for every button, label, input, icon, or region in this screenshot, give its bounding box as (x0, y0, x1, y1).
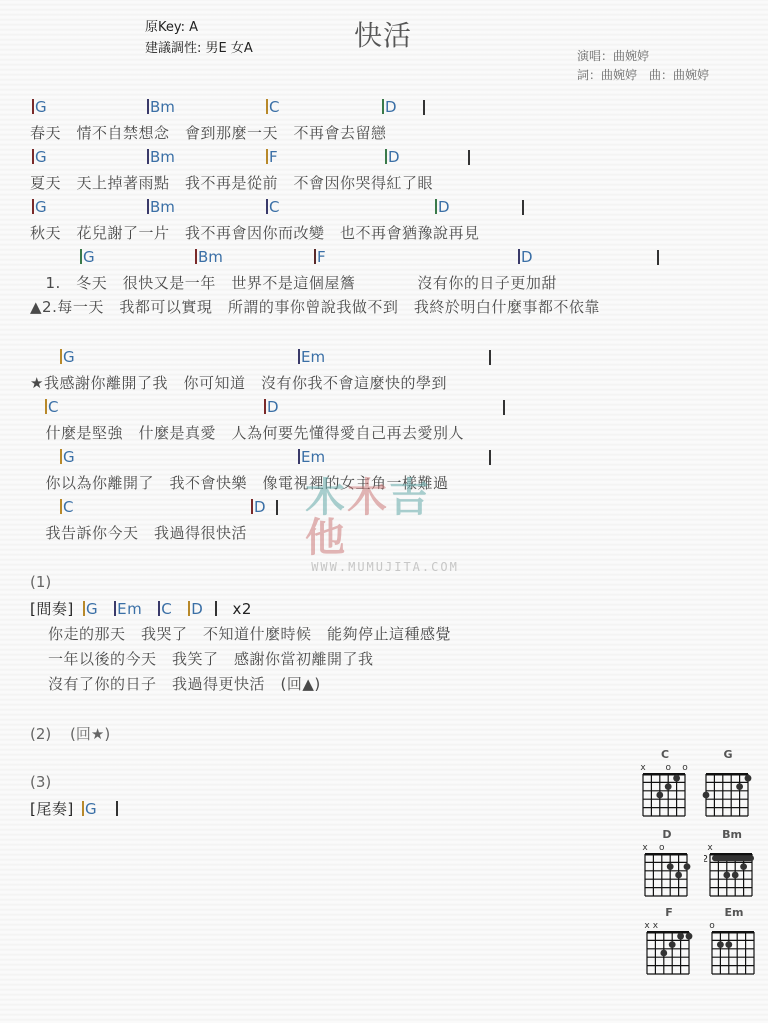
chord-name: Em (301, 448, 325, 466)
outro-chord: G (85, 800, 97, 818)
chord-name: C (269, 98, 279, 116)
watermark-char: 他 (305, 515, 347, 561)
svg-text:x: x (653, 921, 659, 931)
svg-text:2: 2 (704, 854, 708, 865)
lyric-line: 夏天 天上掉著雨點 我不再是從前 不會因你哭得紅了眼 (30, 172, 433, 193)
bar-line (503, 400, 505, 415)
chord-name: D (388, 148, 400, 166)
svg-text:x: x (642, 843, 648, 853)
chord-name: Em (301, 348, 325, 366)
chord-name: D (438, 198, 450, 216)
chord-diagram-c: Cxoo (637, 748, 693, 818)
lyric-line: ★我感謝你離開了我 你可知道 沒有你我不會這麼快的學到 (30, 372, 447, 393)
fretboard-grid: xx (641, 918, 697, 978)
chord-Em: Em (117, 600, 142, 618)
chord-name: C (48, 398, 58, 416)
chord-name: G (63, 348, 75, 366)
fretboard-grid (700, 760, 756, 820)
lyric-line: 你走的那天 我哭了 不知道什麼時候 能夠停止這種感覺 (48, 623, 451, 644)
bar-line (188, 601, 190, 616)
chord-G: G (32, 148, 47, 166)
bar-line (522, 200, 524, 215)
chord-name: Bm (150, 198, 175, 216)
bar-line (489, 450, 491, 465)
chord-line: GEm (0, 348, 768, 368)
chord-name: G (35, 198, 47, 216)
bar-line (60, 349, 62, 364)
bar-line (314, 249, 316, 264)
watermark: 木木吉他 WWW.MUMUJITA.COM (305, 478, 465, 538)
svg-text:x: x (707, 843, 713, 853)
chord-D: D (191, 600, 203, 618)
bar-line (147, 199, 149, 214)
song-title: 快活 (354, 14, 412, 54)
lyric-line: 沒有了你的日子 我過得更快活 (回▲) (48, 673, 321, 694)
chord-name: G (63, 448, 75, 466)
outro-label: [尾奏] (30, 800, 74, 818)
bar-line (195, 249, 197, 264)
lyric-line: 秋天 花兒謝了一片 我不再會因你而改變 也不再會猶豫說再見 (30, 222, 480, 243)
chord-line: GBmFD (0, 248, 768, 268)
chord-diagram-bm: Bmx2 (704, 828, 760, 898)
bar-line (215, 601, 217, 616)
bar-line (489, 350, 491, 365)
bar-line (32, 149, 34, 164)
lyric-line: ▲2.每一天 我都可以實現 所謂的事你曾說我做不到 我終於明白什麼事都不依靠 (30, 296, 600, 317)
chord-name: D (521, 248, 533, 266)
bar-line (298, 449, 300, 464)
chord-Em: Em (298, 348, 325, 366)
bar-line (276, 500, 278, 515)
fretboard-grid: xo (639, 840, 695, 900)
chord-name: F (317, 248, 326, 266)
chord-name: D (267, 398, 279, 416)
chord-G: G (60, 448, 75, 466)
chord-C: C (45, 398, 58, 416)
chord-F: F (266, 148, 278, 166)
bar-line (32, 199, 34, 214)
suggested-key: 建議調性: 男E 女A (145, 37, 253, 56)
singer-credit: 演唱：曲婉婷 (577, 47, 649, 64)
outro-row: [尾奏] G (30, 798, 119, 819)
bar-line (423, 100, 425, 115)
chord-D: D (382, 98, 397, 116)
chord-name: D (385, 98, 397, 116)
chord-F: F (314, 248, 326, 266)
chord-name: Bm (150, 98, 175, 116)
bar-line (116, 801, 118, 816)
bar-line (657, 250, 659, 265)
bar-line (45, 399, 47, 414)
fretboard-grid: xoo (637, 760, 693, 820)
chord-name: C (63, 498, 73, 516)
svg-text:o: o (709, 921, 715, 931)
chord-Bm: Bm (147, 198, 175, 216)
chord-C: C (60, 498, 73, 516)
chord-Bm: Bm (147, 98, 175, 116)
chord-D: D (518, 248, 533, 266)
chord-Em: Em (298, 448, 325, 466)
repeat-count: x2 (233, 600, 252, 618)
bar-line (382, 99, 384, 114)
writer-credit: 詞：曲婉婷 曲：曲婉婷 (577, 66, 709, 83)
part3-label: (3) (30, 773, 51, 791)
svg-text:x: x (644, 921, 650, 931)
chord-line: GBmFD (0, 148, 768, 168)
bar-line (83, 601, 85, 616)
chord-name: G (35, 98, 47, 116)
part1-label: (1) (30, 573, 51, 591)
bar-line (32, 99, 34, 114)
bar-line (147, 149, 149, 164)
chord-G: G (32, 98, 47, 116)
bar-line (266, 99, 268, 114)
bar-line (114, 601, 116, 616)
chord-G: G (80, 248, 95, 266)
bar-line (264, 399, 266, 414)
svg-text:o: o (665, 763, 671, 773)
bar-line (266, 149, 268, 164)
bar-line (518, 249, 520, 264)
interlude-row: [間奏] GEmCD x2 (30, 598, 252, 619)
chord-name: C (269, 198, 279, 216)
bar-line (80, 249, 82, 264)
chord-D: D (435, 198, 450, 216)
chord-name: G (83, 248, 95, 266)
fretboard-grid: x2 (704, 840, 760, 900)
interlude-label: [間奏] (30, 600, 74, 618)
watermark-logo: 木木吉他 (305, 478, 465, 558)
lyric-line: 我告訴你今天 我過得很快活 (30, 522, 247, 543)
part2-label: (2) (30, 725, 51, 743)
lyric-line: 什麼是堅強 什麼是真愛 人為何要先懂得愛自己再去愛別人 (30, 422, 464, 443)
lyric-line: 1. 冬天 很快又是一年 世界不是這個屋簷 沒有你的日子更加甜 (30, 272, 557, 293)
bar-line (435, 199, 437, 214)
chord-line: CD (0, 398, 768, 418)
svg-text:x: x (640, 763, 646, 773)
bar-line (385, 149, 387, 164)
chord-diagram-d: Dxo (639, 828, 695, 898)
bar-line (251, 499, 253, 514)
lyric-line: 春天 情不自禁想念 會到那麼一天 不再會去留戀 (30, 122, 387, 143)
chord-C: C (266, 98, 279, 116)
bar-line (468, 150, 470, 165)
chord-G: G (32, 198, 47, 216)
chord-line: GBmCD (0, 98, 768, 118)
bar-line (60, 499, 62, 514)
fretboard-grid: o (706, 918, 762, 978)
watermark-char: 木 (347, 475, 389, 521)
chord-D: D (264, 398, 279, 416)
chord-line: GBmCD (0, 198, 768, 218)
bar-line (158, 601, 160, 616)
chord-C: C (161, 600, 172, 618)
bar-line (147, 99, 149, 114)
chord-name: D (254, 498, 266, 516)
bar-line (298, 349, 300, 364)
watermark-url: WWW.MUMUJITA.COM (305, 560, 465, 574)
bar-line (82, 801, 84, 816)
chord-D: D (251, 498, 266, 516)
chord-diagram-g: G (700, 748, 756, 818)
chord-G: G (86, 600, 98, 618)
bar-line (60, 449, 62, 464)
chord-name: F (269, 148, 278, 166)
original-key: 原Key: A (145, 16, 198, 35)
part2-row: (2) (回★) (30, 723, 110, 744)
chord-Bm: Bm (147, 148, 175, 166)
chord-D: D (385, 148, 400, 166)
interlude-chords: GEmCD (79, 600, 227, 618)
part2-note: (回★) (70, 725, 110, 743)
chord-C: C (266, 198, 279, 216)
chord-name: Bm (198, 248, 223, 266)
chord-G: G (60, 348, 75, 366)
chord-diagram-em: Emo (706, 906, 762, 976)
svg-text:o: o (682, 763, 688, 773)
chord-diagram-f: Fxx (641, 906, 697, 976)
chord-Bm: Bm (195, 248, 223, 266)
watermark-char: 吉 (389, 475, 431, 521)
svg-text:o: o (659, 843, 665, 853)
bar-line (266, 199, 268, 214)
chord-name: Bm (150, 148, 175, 166)
chord-name: G (35, 148, 47, 166)
lyric-line: 一年以後的今天 我笑了 感謝你當初離開了我 (48, 648, 374, 669)
chord-line: GEm (0, 448, 768, 468)
